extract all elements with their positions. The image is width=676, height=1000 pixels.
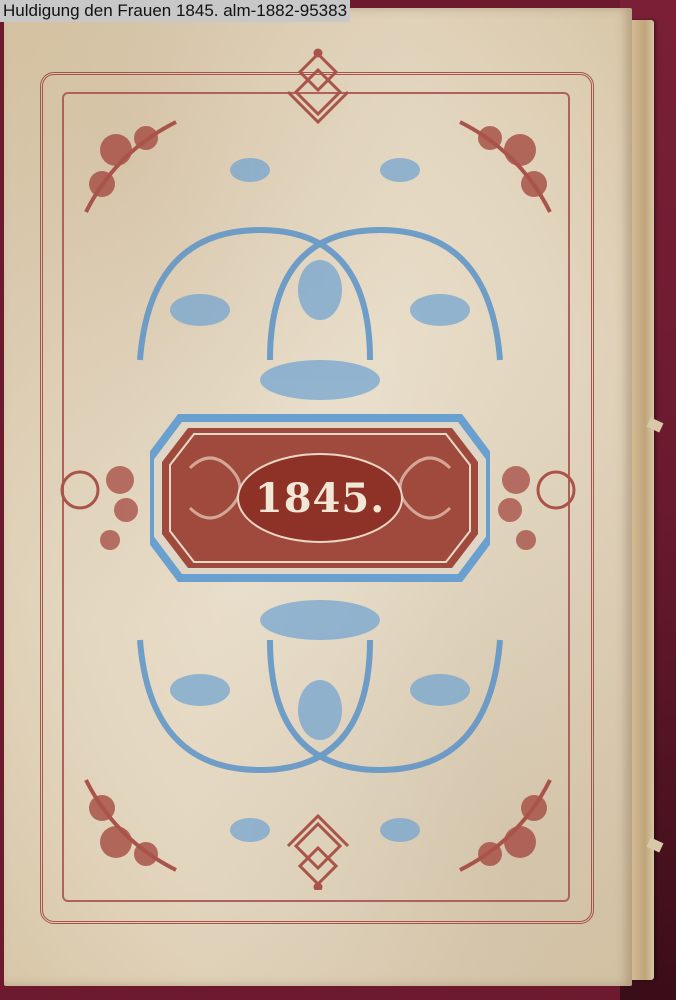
lower-blue-scrollwork	[110, 590, 530, 860]
year-cartouche: 1845.	[150, 408, 490, 588]
upper-blue-scrollwork	[110, 140, 530, 410]
top-knot-ornament	[278, 48, 358, 128]
year-label: 1845.	[150, 408, 490, 588]
image-caption: Huldigung den Frauen 1845. alm-1882-9538…	[0, 0, 350, 22]
left-side-ornament	[40, 440, 150, 560]
right-side-ornament	[486, 440, 596, 560]
